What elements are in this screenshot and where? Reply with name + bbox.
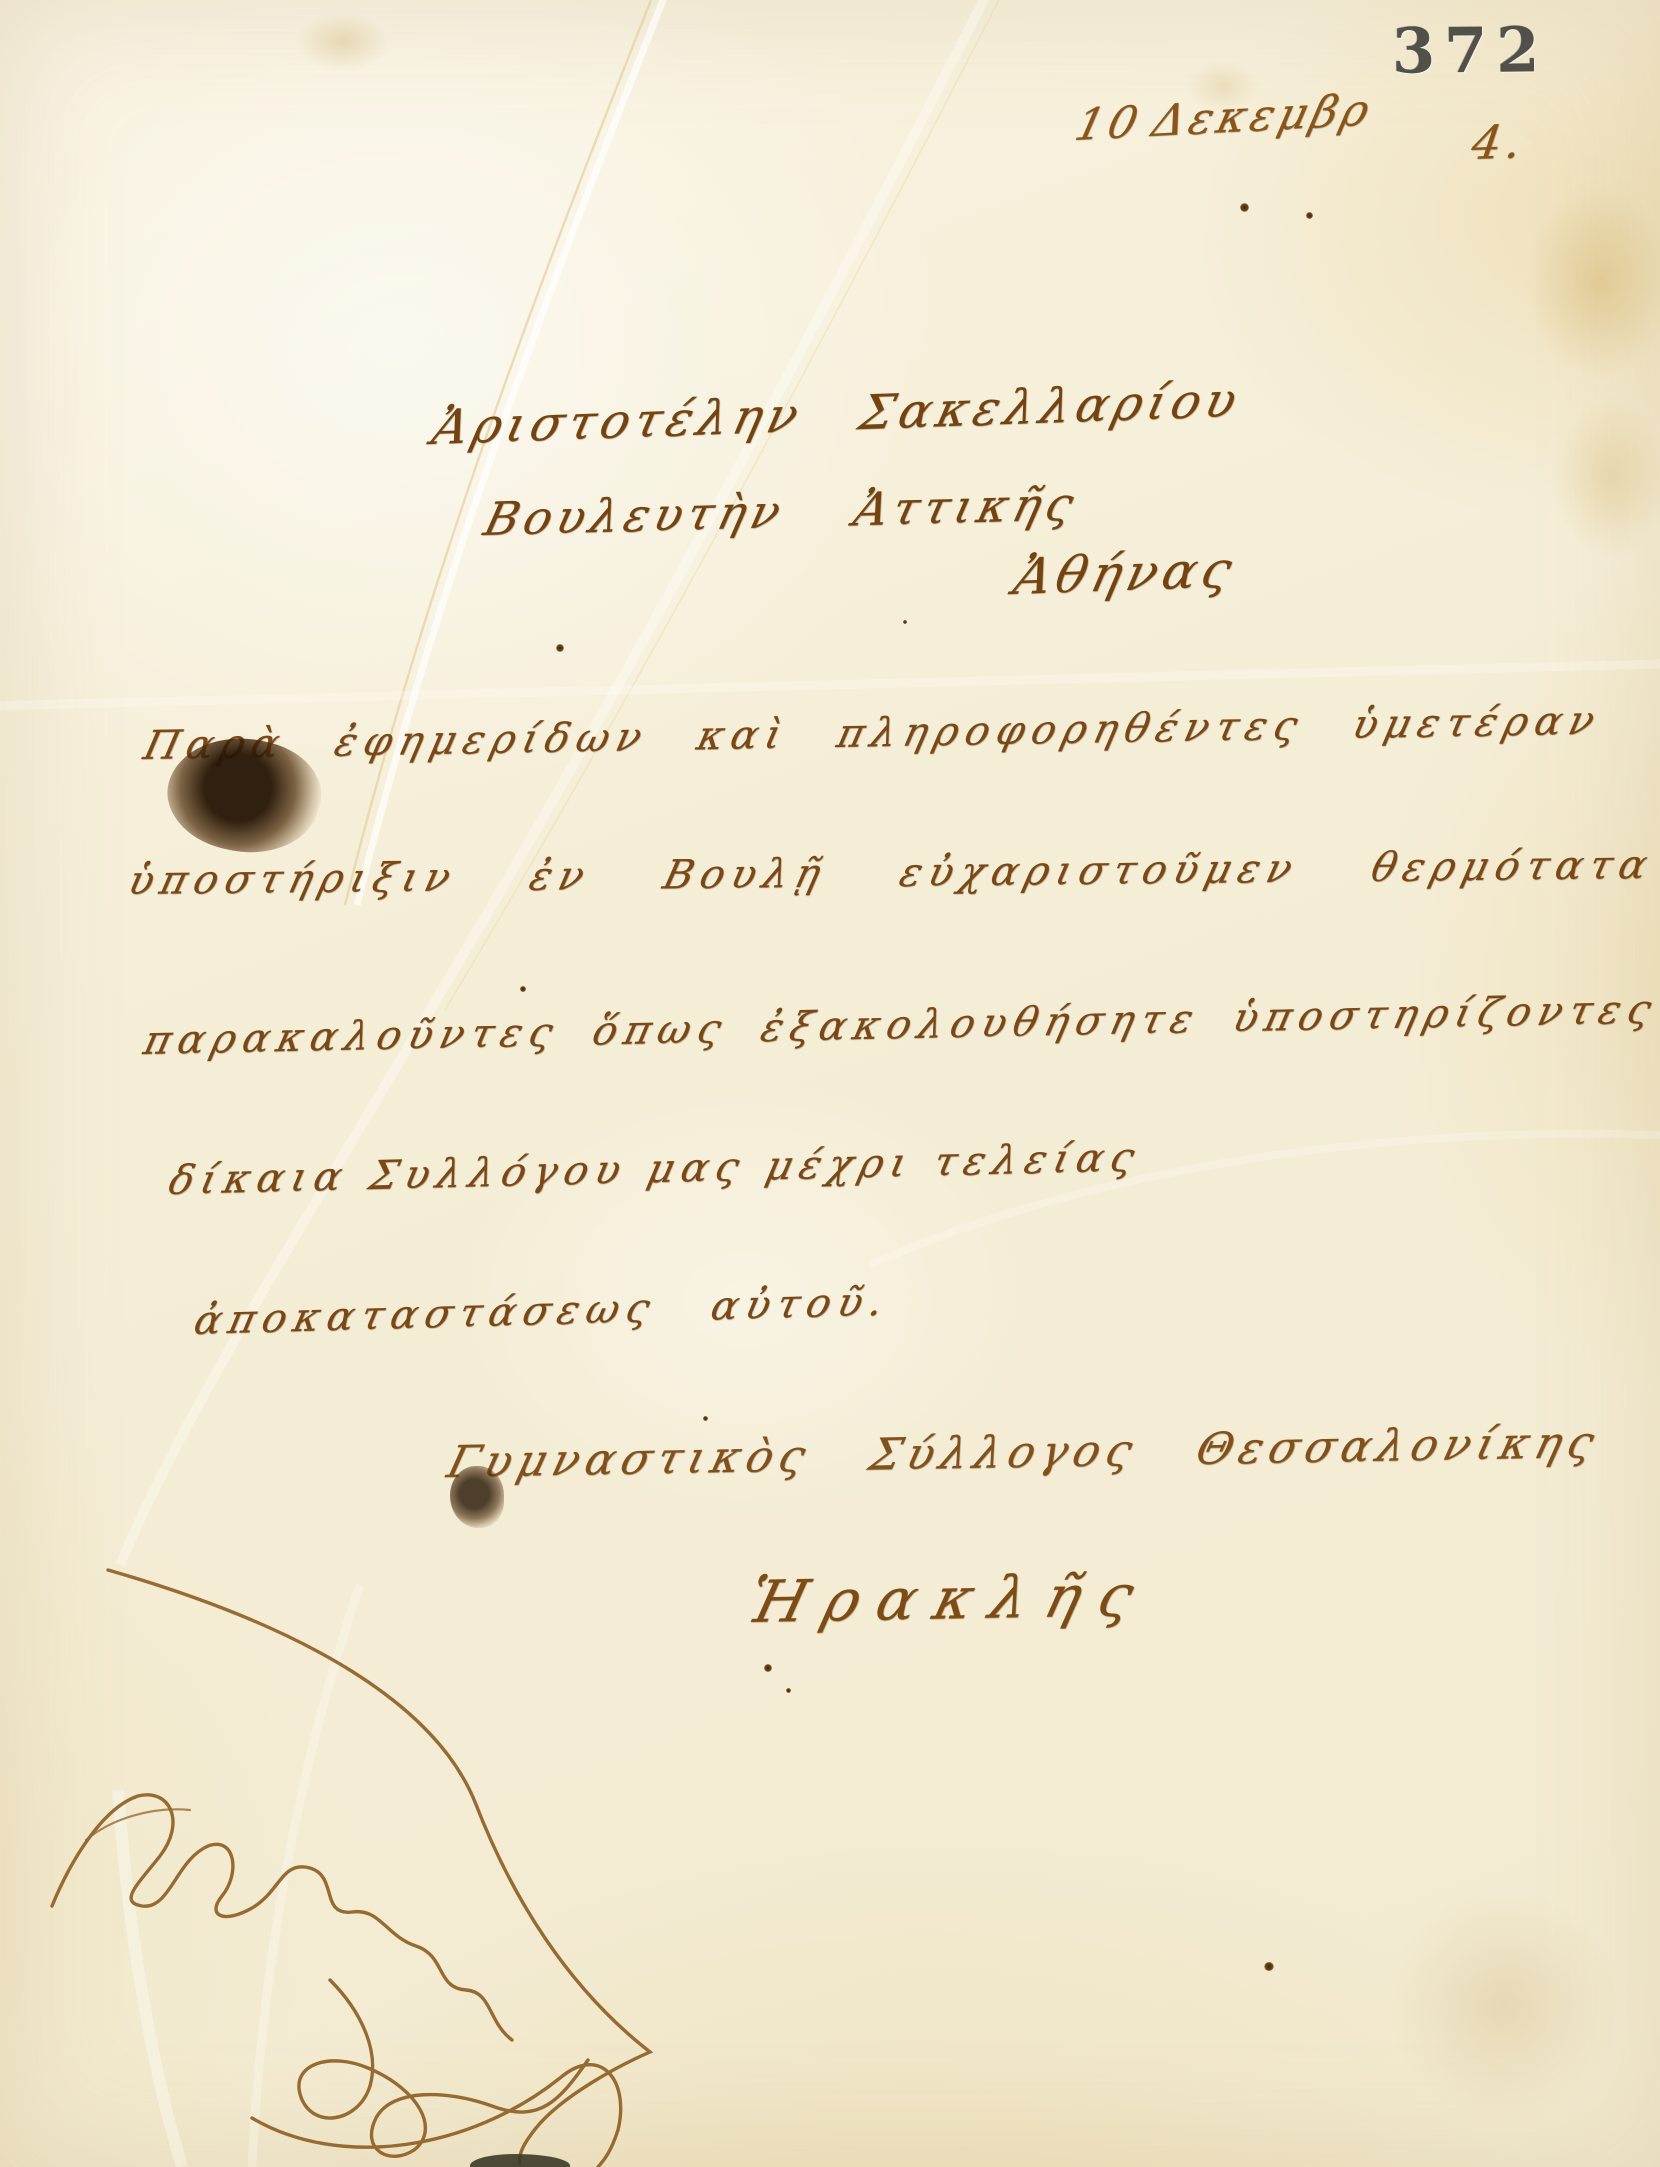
bottom-edge-mark (470, 2154, 570, 2167)
ink-speck (1264, 1962, 1274, 1971)
word: Θεσσαλονίκης (1191, 1417, 1605, 1475)
body-line-5: ἀποκαταστάσεωςαὐτοῦ. (190, 1279, 895, 1344)
paper-stain (295, 12, 390, 72)
date-line: 10Δεκεμβρ (1070, 85, 1378, 151)
paper-stain (1390, 1890, 1620, 2120)
word: ἐν (525, 853, 596, 900)
archive-number-stamp: 372 (1392, 13, 1549, 87)
body-line-4: δίκαιαΣυλλόγουμαςμέχριτελείας (165, 1134, 1146, 1204)
word: Ἀριστοτέλην (427, 387, 809, 456)
word: Σακελλαρίου (854, 372, 1247, 441)
word: τελείας (930, 1134, 1146, 1185)
manuscript-letter-page: 372 10Δεκεμβρ 4. ἈριστοτέληνΣακελλαρίου … (0, 0, 1660, 2167)
word: ὑποστηρίζοντες (1229, 986, 1660, 1041)
word: 10 (1070, 97, 1147, 151)
ink-speck (1306, 212, 1313, 219)
ink-speck (703, 1416, 708, 1421)
word: ὑποστήριξιν (124, 855, 462, 904)
word: μέχρι (761, 1140, 918, 1190)
closing-signature-name: Ἡρακλῆς (741, 1559, 1280, 1636)
ink-speck (786, 1688, 791, 1693)
word: Βουλευτὴν (479, 484, 791, 546)
body-line-2: ὑποστήριξινἐνΒουλῇεὐχαριστοῦμενθερμότατα (124, 842, 1659, 904)
word: καὶ (693, 712, 794, 760)
word: Γυμναστικὸς (442, 1431, 816, 1488)
word: ὑμετέραν (1348, 698, 1606, 748)
ink-speck (520, 986, 526, 992)
paper-stain (1552, 395, 1660, 560)
word: Βουλῇ (659, 851, 833, 899)
ink-speck (903, 620, 907, 624)
recipient-line-1: ἈριστοτέληνΣακελλαρίου (427, 372, 1247, 456)
word: ἐξακολουθήσητε (757, 996, 1205, 1051)
word: ἀποκαταστάσεως (190, 1285, 661, 1344)
date-mark: 4. (1468, 114, 1536, 170)
recipient-line-3: Ἀθήνας (1008, 540, 1243, 606)
ink-speck (556, 644, 564, 652)
word: εὐχαριστοῦμεν (895, 846, 1304, 896)
body-line-3: παρακαλοῦντεςὅπωςἐξακολουθήσητεὑποστηρίζ… (139, 986, 1660, 1064)
word: Ἀττικῆς (849, 477, 1084, 537)
word: Δεκεμβρ (1147, 85, 1378, 147)
recipient-line-2: ΒουλευτὴνἈττικῆς (479, 477, 1084, 546)
word: Σύλλογος (864, 1425, 1144, 1481)
word: μας (643, 1144, 750, 1192)
word: πληροφορηθέντες (833, 703, 1309, 757)
word: δίκαια (165, 1154, 354, 1204)
word: ἐφημερίδων (330, 714, 653, 765)
closing-organization: ΓυμναστικὸςΣύλλογοςΘεσσαλονίκης (442, 1417, 1605, 1488)
ink-speck (1240, 203, 1249, 212)
body-line-1: Παρὰἐφημερίδωνκαὶπληροφορηθέντεςὑμετέραν (139, 698, 1606, 769)
word: ὅπως (588, 1006, 733, 1055)
handwritten-signature-flourish (0, 0, 1660, 2167)
paper-crease-lines (0, 0, 1660, 2167)
word: Παρὰ (139, 721, 291, 769)
word: Συλλόγου (365, 1147, 633, 1199)
paper-stain (1525, 185, 1660, 380)
word: θερμότατα (1367, 842, 1659, 891)
ink-speck (764, 1664, 772, 1672)
word: παρακαλοῦντες (139, 1009, 564, 1064)
word: αὐτοῦ. (707, 1279, 895, 1330)
